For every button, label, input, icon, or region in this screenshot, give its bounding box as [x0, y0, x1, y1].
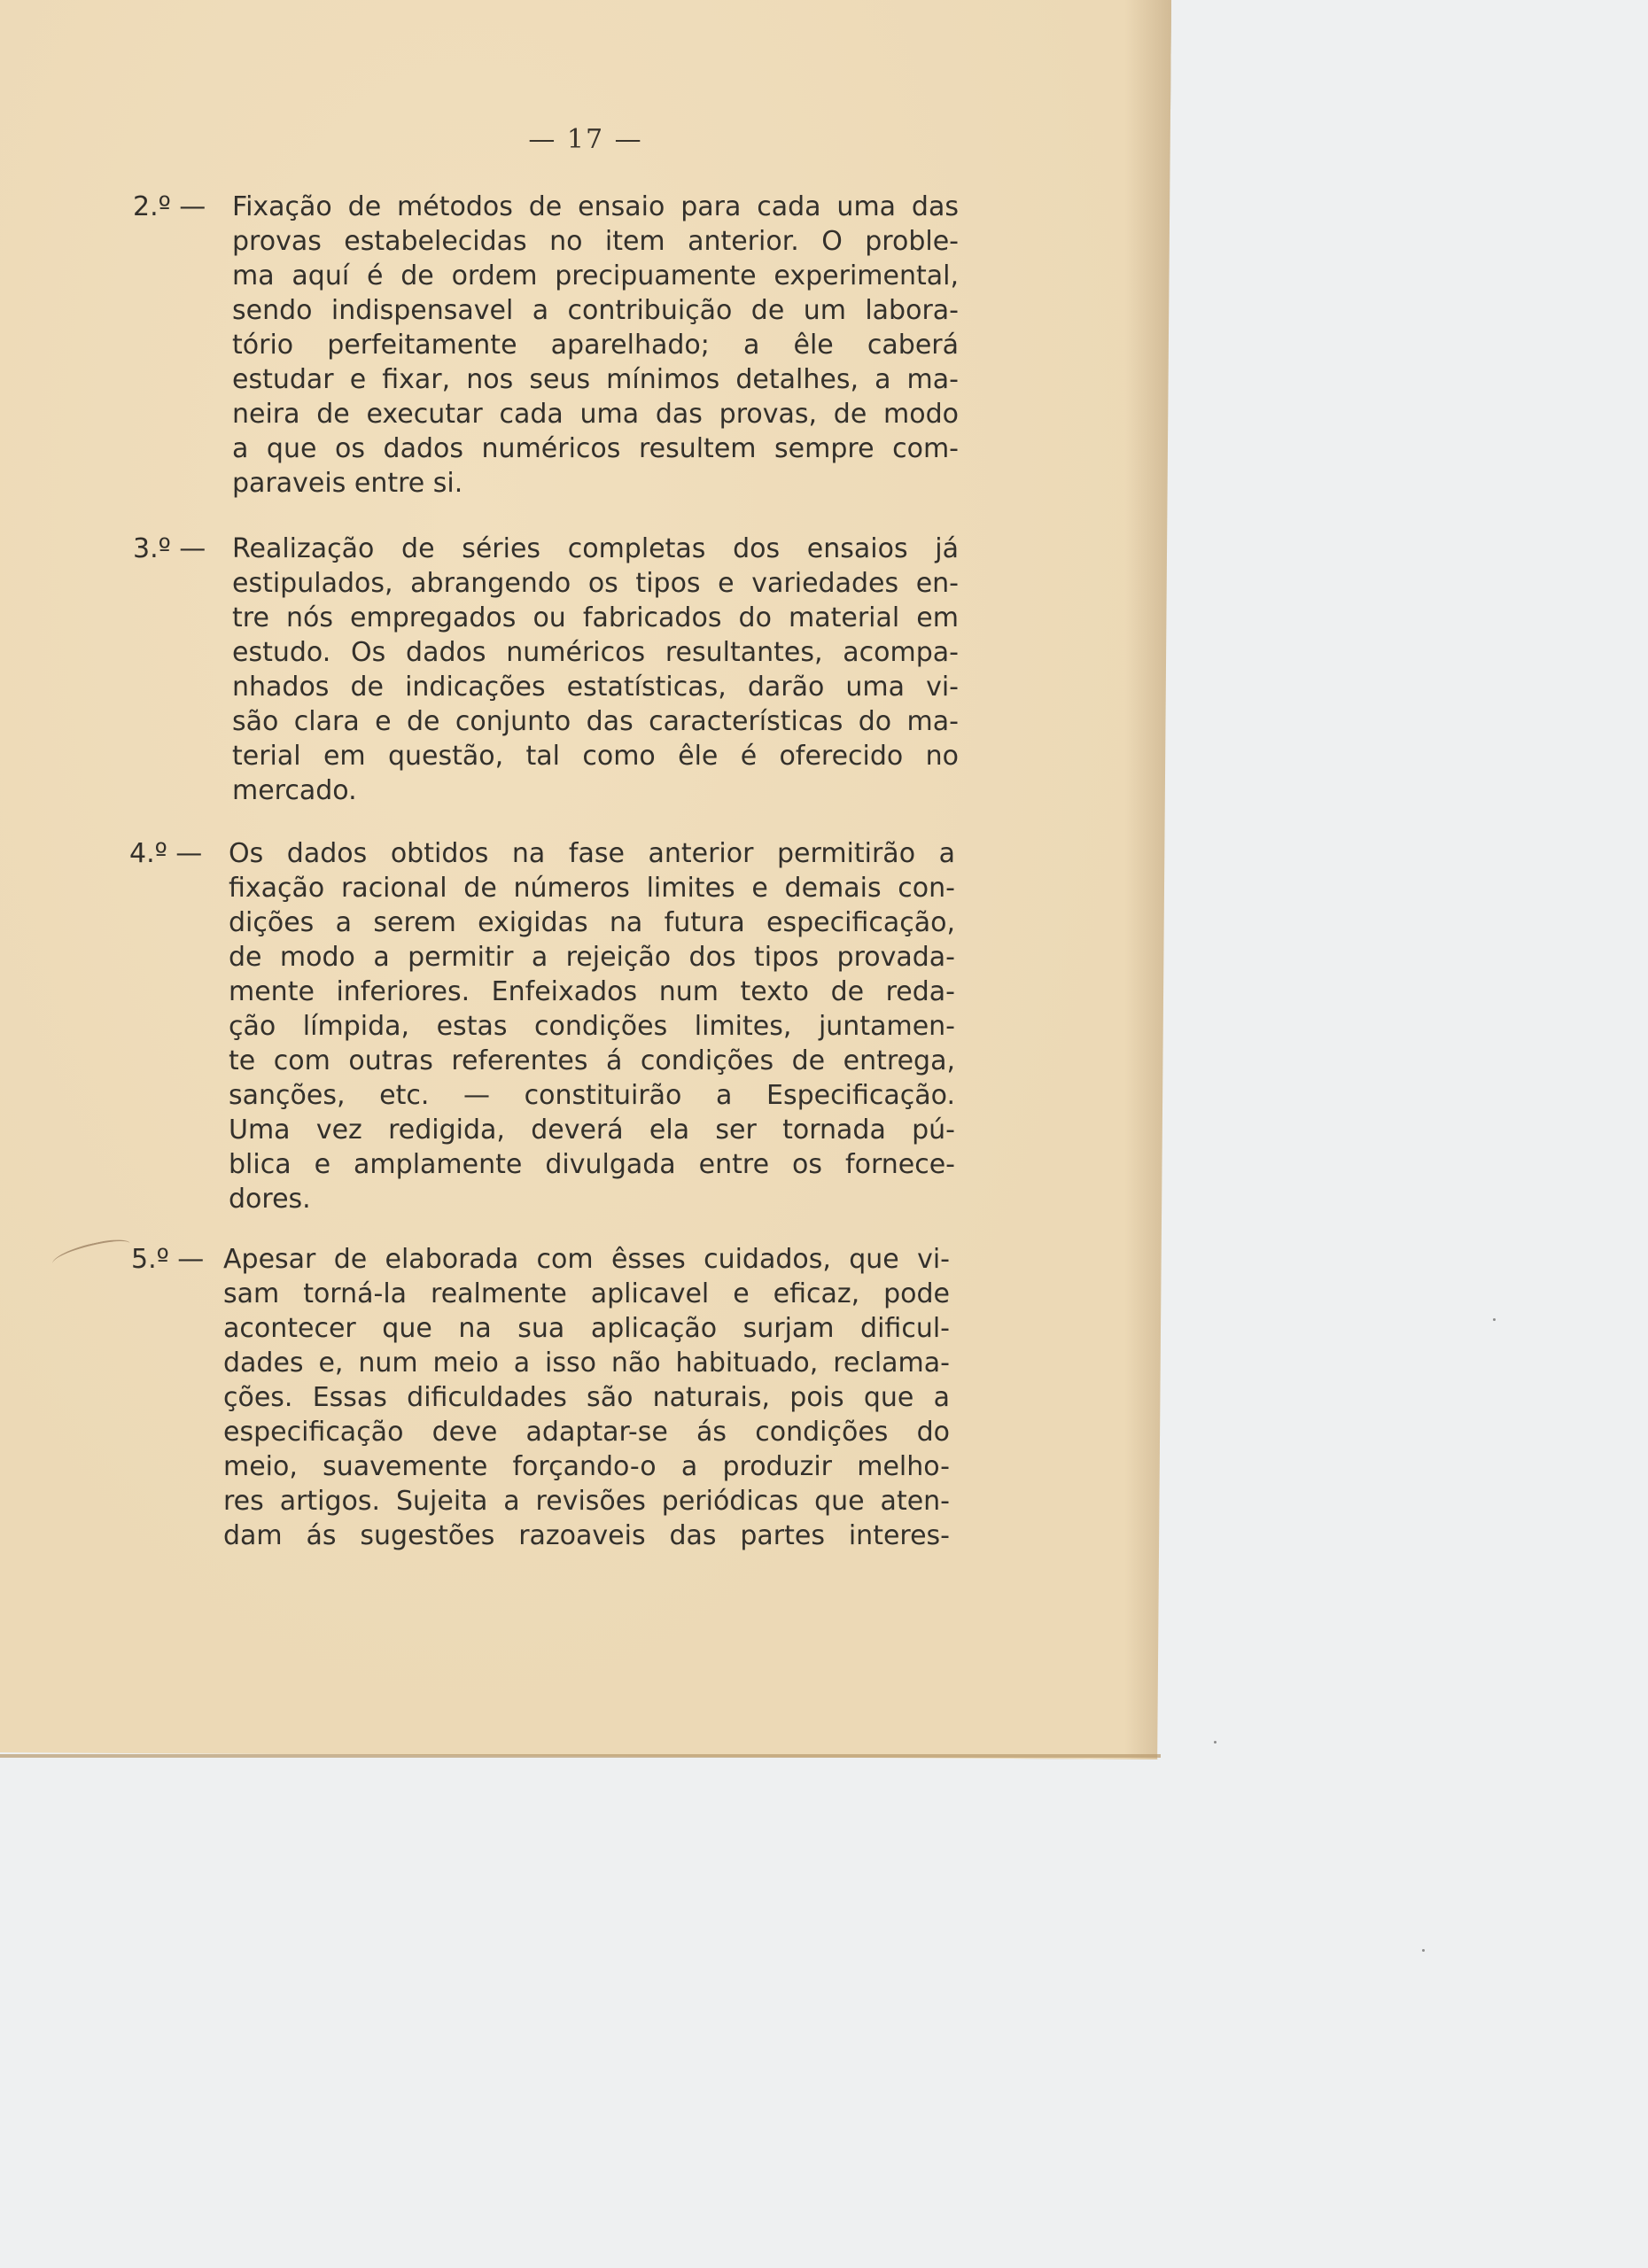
text-line: dições a serem exigidas na futura especi…: [229, 905, 955, 940]
text-line: Fixação de métodos de ensaio para cada u…: [232, 190, 959, 224]
text-line: Apesar de elaborada com êsses cuidados, …: [223, 1242, 950, 1277]
text-line: mercado.: [232, 773, 959, 808]
item-number: 4.º —: [129, 836, 202, 871]
text-line: tre nós empregados ou fabricados do mate…: [232, 601, 959, 635]
text-line: a que os dados numéricos resultem sempre…: [232, 431, 959, 466]
text-line: fixação racional de números limites e de…: [229, 871, 955, 905]
text-line: tório perfeitamente aparelhado; a êle ca…: [232, 328, 959, 362]
text-line: te com outras referentes á condições de …: [229, 1044, 955, 1078]
text-line: nhados de indicações estatísticas, darão…: [232, 670, 959, 704]
text-line: acontecer que na sua aplicação surjam di…: [223, 1311, 950, 1346]
text-line: dam ás sugestões razoaveis das partes in…: [223, 1518, 950, 1553]
page-bottom-edge: [0, 1754, 1161, 1758]
text-line: sam torná-la realmente aplicavel e efica…: [223, 1277, 950, 1311]
text-line: provas estabelecidas no item anterior. O…: [232, 224, 959, 259]
text-line: paraveis entre si.: [232, 466, 959, 501]
item-number: 3.º —: [133, 532, 206, 566]
text-line: estudo. Os dados numéricos resultantes, …: [232, 635, 959, 670]
text-line: estudar e fixar, nos seus mínimos detalh…: [232, 362, 959, 397]
text-line: dades e, num meio a isso não habituado, …: [223, 1346, 950, 1380]
dust-speck: [1493, 1318, 1496, 1321]
text-line: neira de executar cada uma das provas, d…: [232, 397, 959, 431]
text-line: sendo indispensavel a contribuição de um…: [232, 293, 959, 328]
item-body: Apesar de elaborada com êsses cuidados, …: [223, 1242, 950, 1553]
text-line: especificação deve adaptar-se ás condiçõ…: [223, 1415, 950, 1449]
text-line: res artigos. Sujeita a revisões periódic…: [223, 1484, 950, 1518]
item-number: 2.º —: [133, 190, 206, 224]
text-line: sanções, etc. — constituirão a Especific…: [229, 1078, 955, 1113]
item-body: Fixação de métodos de ensaio para cada u…: [232, 190, 959, 501]
text-line: Uma vez redigida, deverá ela ser tornada…: [229, 1113, 955, 1147]
text-line: ções. Essas dificuldades são naturais, p…: [223, 1380, 950, 1415]
dust-speck: [1214, 1741, 1217, 1744]
text-line: Realização de séries completas dos ensai…: [232, 532, 959, 566]
item-body: Os dados obtidos na fase anterior permit…: [229, 836, 955, 1216]
dust-speck: [1422, 1949, 1425, 1952]
item-number: 5.º —: [131, 1242, 204, 1277]
text-line: Os dados obtidos na fase anterior permit…: [229, 836, 955, 871]
text-line: estipulados, abrangendo os tipos e varie…: [232, 566, 959, 601]
text-line: mente inferiores. Enfeixados num texto d…: [229, 975, 955, 1009]
text-line: ção límpida, estas condições limites, ju…: [229, 1009, 955, 1044]
text-line: dores.: [229, 1182, 955, 1216]
text-line: ma aquí é de ordem precipuamente experim…: [232, 259, 959, 293]
text-line: meio, suavemente forçando-o a produzir m…: [223, 1449, 950, 1484]
text-line: terial em questão, tal como êle é oferec…: [232, 739, 959, 773]
page-number: — 17 —: [0, 124, 1171, 155]
text-line: são clara e de conjunto das característi…: [232, 704, 959, 739]
item-body: Realização de séries completas dos ensai…: [232, 532, 959, 808]
text-line: de modo a permitir a rejeição dos tipos …: [229, 940, 955, 975]
text-line: blica e amplamente divulgada entre os fo…: [229, 1147, 955, 1182]
